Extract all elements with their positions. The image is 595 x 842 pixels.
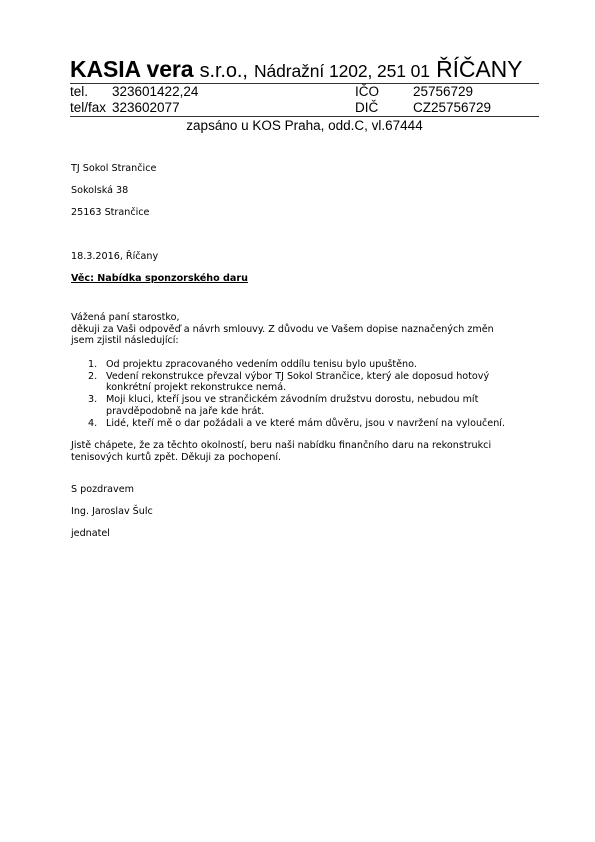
- closing: S pozdravem: [71, 484, 541, 496]
- findings-list: 1. Od projektu zpracovaného vedením oddí…: [71, 359, 505, 429]
- recipient-city: 25163 Strančice: [71, 207, 541, 219]
- intro-line-2: jsem zjistil následující:: [71, 335, 541, 347]
- telfax-label: tel/fax: [70, 100, 106, 116]
- letterhead-title: KASIA vera s.r.o., Nádražní 1202, 251 01…: [70, 56, 539, 83]
- list-item: 3. Moji kluci, kteří jsou ve strančickém…: [71, 394, 505, 417]
- salutation: Vážená paní starostko,: [71, 312, 541, 324]
- letter-page: KASIA vera s.r.o., Nádražní 1202, 251 01…: [0, 0, 595, 842]
- letterhead-row-telfax: tel/fax 323602077 DIČ CZ25756729: [70, 100, 539, 116]
- list-item: 4. Lidé, kteří mě o dar požádali a ve kt…: [71, 418, 505, 430]
- subject-line: Věc: Nabídka sponzorského daru: [71, 273, 541, 285]
- dic-value: CZ25756729: [413, 100, 491, 116]
- ico-value: 25756729: [413, 84, 473, 100]
- conclusion-line-2: tenisových kurtů zpět. Děkuji za pochope…: [71, 452, 541, 464]
- company-city: ŘÍČANY: [436, 56, 522, 82]
- company-address: Nádražní 1202, 251 01: [254, 61, 430, 81]
- company-form: s.r.o.,: [200, 60, 248, 82]
- intro-line-1: děkuji za Vaši odpověď a návrh smlouvy. …: [71, 324, 541, 336]
- list-item-number: 3.: [88, 394, 97, 406]
- recipient-street: Sokolská 38: [71, 185, 541, 197]
- list-item-line: pravděpodobně na jaře kde hrát.: [106, 406, 505, 418]
- letterhead-divider-bottom: [70, 116, 539, 117]
- company-name: KASIA vera: [70, 56, 193, 82]
- list-item: 2. Vedení rekonstrukce převzal výbor TJ …: [71, 371, 505, 394]
- date-place: 18.3.2016, Říčany: [71, 251, 541, 263]
- list-item-number: 2.: [88, 371, 97, 383]
- letterhead-row-tel: tel. 323601422,24 IČO 25756729: [70, 84, 539, 100]
- list-item-line: konkrétní projekt rekonstrukce nemá.: [106, 382, 505, 394]
- list-item-number: 4.: [88, 418, 97, 430]
- signer-title: jednatel: [71, 528, 541, 540]
- list-item-number: 1.: [88, 359, 97, 371]
- telfax-value: 323602077: [112, 100, 180, 116]
- ico-label: IČO: [355, 84, 379, 100]
- list-item-line: Vedení rekonstrukce převzal výbor TJ Sok…: [106, 371, 505, 383]
- dic-label: DIČ: [355, 100, 378, 116]
- list-item-line: Lidé, kteří mě o dar požádali a ve které…: [106, 418, 505, 430]
- conclusion-line-1: Jistě chápete, že za těchto okolností, b…: [71, 440, 541, 452]
- list-item-line: Moji kluci, kteří jsou ve strančickém zá…: [106, 394, 505, 406]
- signer-name: Ing. Jaroslav Šulc: [71, 506, 541, 518]
- recipient-name: TJ Sokol Strančice: [71, 163, 541, 175]
- list-item: 1. Od projektu zpracovaného vedením oddí…: [71, 359, 505, 371]
- list-item-line: Od projektu zpracovaného vedením oddílu …: [106, 359, 505, 371]
- tel-label: tel.: [70, 84, 88, 100]
- registration-info: zapsáno u KOS Praha, odd.C, vl.67444: [70, 118, 539, 134]
- tel-value: 323601422,24: [112, 84, 198, 100]
